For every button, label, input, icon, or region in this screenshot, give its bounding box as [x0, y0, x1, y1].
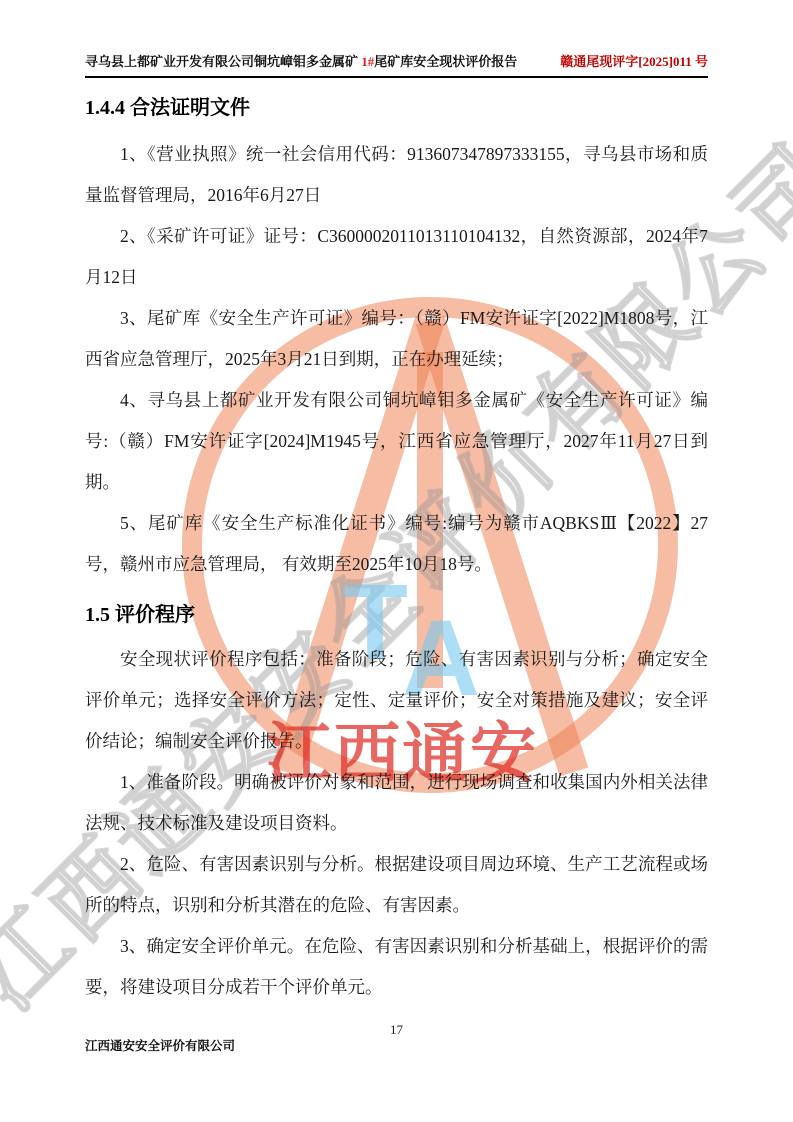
document-number: 赣通尾现评字[2025]011 号 [560, 52, 708, 72]
paragraph-standardization-certificate: 5、尾矿库《安全生产标准化证书》编号:编号为赣市AQBKSⅢ【2022】27号，… [85, 503, 708, 585]
paragraph-tailings-safety-license: 3、尾矿库《安全生产许可证》编号：（赣）FM安许证字[2022]M1808号，江… [85, 298, 708, 380]
header-divider [85, 76, 708, 78]
paragraph-mining-license: 2、《采矿许可证》证号：C3600002011013110104132，自然资源… [85, 216, 708, 298]
page-header: 寻乌县上都矿业开发有限公司铜坑嶂钼多金属矿 1#尾矿库安全现状评价报告 赣通尾现… [85, 52, 708, 72]
paragraph-step-preparation: 1、准备阶段。明确被评价对象和范围，进行现场调查和收集国内外相关法律法规、技术标… [85, 762, 708, 844]
report-title-pond-number: 1# [361, 54, 374, 69]
document-page: 江西通安安全评价有限公司 TA 江西通安 寻乌县上都矿业开发有限公司铜坑嶂钼多金… [0, 0, 793, 1122]
paragraph-step-hazard-identification: 2、危险、有害因素识别与分析。根据建设项目周边环境、生产工艺流程或场所的特点，识… [85, 844, 708, 926]
paragraph-step-evaluation-units: 3、确定安全评价单元。在危险、有害因素识别和分析基础上，根据评价的需要，将建设项… [85, 926, 708, 1008]
paragraph-procedure-overview: 安全现状评价程序包括：准备阶段；危险、有害因素识别与分析；确定安全评价单元；选择… [85, 639, 708, 762]
section-heading-evaluation-procedure: 1.5 评价程序 [85, 601, 708, 629]
paragraph-business-license: 1、《营业执照》统一社会信用代码：913607347897333155，寻乌县市… [85, 134, 708, 216]
footer-company-name: 江西通安安全评价有限公司 [85, 1036, 235, 1054]
report-title-part1: 寻乌县上都矿业开发有限公司铜坑嶂钼多金属矿 [85, 54, 361, 69]
section-heading-legal-documents: 1.4.4 合法证明文件 [85, 94, 708, 122]
paragraph-mine-safety-license: 4、寻乌县上都矿业开发有限公司铜坑嶂钼多金属矿《安全生产许可证》编号:（赣）FM… [85, 380, 708, 503]
document-body: 1.4.4 合法证明文件 1、《营业执照》统一社会信用代码：9136073478… [85, 84, 708, 1008]
report-title: 寻乌县上都矿业开发有限公司铜坑嶂钼多金属矿 1#尾矿库安全现状评价报告 [85, 52, 517, 72]
report-title-part3: 尾矿库安全现状评价报告 [374, 54, 517, 69]
